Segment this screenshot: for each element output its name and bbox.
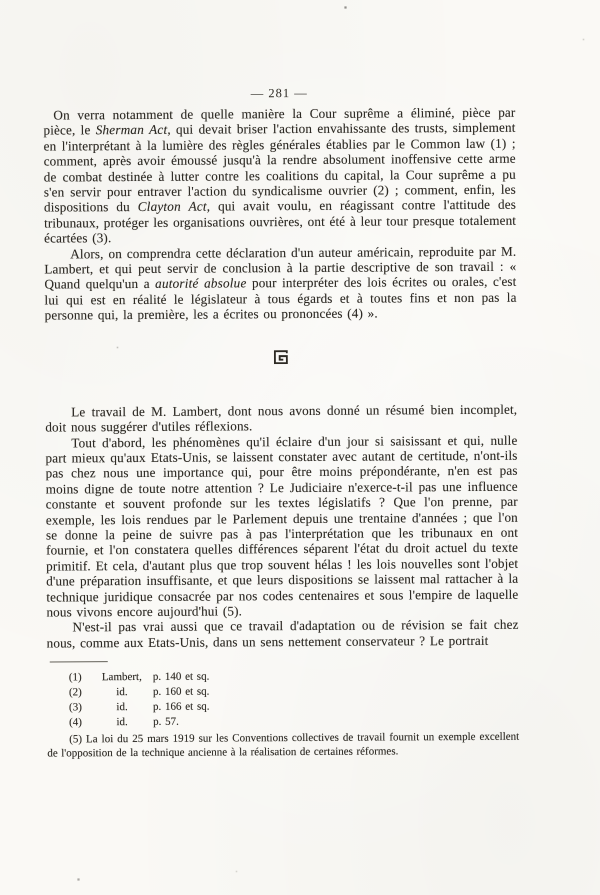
italic-term: Sherman Act: [96, 122, 168, 137]
text-run: Tout d'abord, les phénomènes qu'il éclai…: [45, 432, 518, 619]
fn-src: id.: [97, 700, 147, 715]
body-paragraphs-top: On verra notamment de quelle manière la …: [43, 105, 516, 324]
italic-term: autorité absolue: [155, 276, 246, 292]
square-spiral-icon: [274, 350, 288, 364]
paragraph: Alors, on comprendra cette déclaration d…: [44, 243, 516, 323]
square-spiral-ornament: [45, 348, 517, 366]
fn-src: id.: [97, 715, 147, 730]
fn-src: Lambert,: [97, 670, 147, 685]
paragraph: N'est-il pas vrai aussi que ce travail d…: [46, 617, 518, 651]
paragraph: Tout d'abord, les phénomènes qu'il éclai…: [45, 432, 518, 620]
fn-num: (2): [69, 685, 97, 700]
footnote-note: (5) La loi du 25 mars 1919 sur les Conve…: [47, 731, 519, 761]
text-run: N'est-il pas vrai aussi que ce travail d…: [47, 617, 519, 650]
scanned-page: — 281 — On verra notamment de quelle man…: [0, 0, 600, 895]
fn-page: p. 57.: [147, 713, 519, 730]
page-content: — 281 — On verra notamment de quelle man…: [0, 0, 600, 895]
fn-num: (3): [69, 700, 97, 715]
footnote-table: (1)Lambert,p. 140 et sq.(2)id.p. 160 et …: [47, 668, 519, 731]
italic-term: Clayton Act: [138, 199, 207, 214]
paragraph: On verra notamment de quelle manière la …: [43, 105, 516, 247]
paragraph: Le travail de M. Lambert, dont nous avon…: [45, 401, 517, 435]
fn-num: (1): [69, 670, 97, 685]
fn-src: id.: [97, 685, 147, 700]
footnote-row: (4)id.p. 57.: [47, 713, 519, 731]
body-paragraphs-bottom: Le travail de M. Lambert, dont nous avon…: [45, 401, 518, 650]
footnote-separator: [50, 661, 108, 662]
fn-num: (4): [69, 715, 97, 730]
text-run: Le travail de M. Lambert, dont nous avon…: [45, 401, 517, 434]
text-block: On verra notamment de quelle manière la …: [43, 105, 519, 761]
page-number: — 281 —: [43, 85, 515, 103]
